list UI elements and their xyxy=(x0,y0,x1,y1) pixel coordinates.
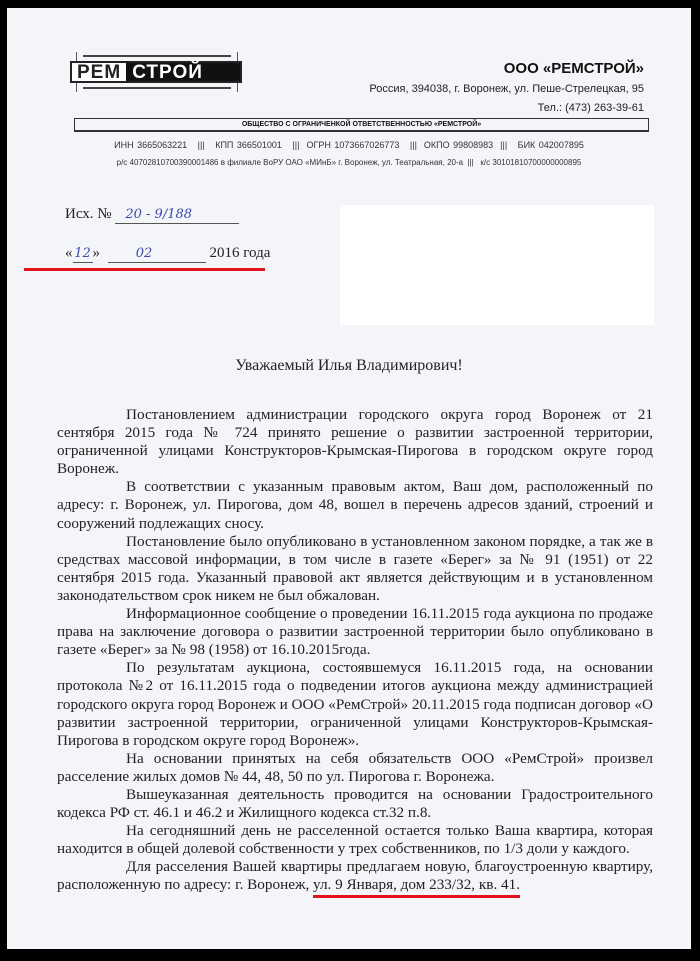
paragraph: В соответствии с указанным правовым акто… xyxy=(57,478,653,532)
date-day-value: 12 xyxy=(74,246,91,261)
date-day-field: 12 xyxy=(73,245,93,263)
outgoing-date: «12» 02 2016 года xyxy=(65,245,270,263)
letter-body: Постановлением администрации городского … xyxy=(57,406,653,895)
outgoing-number-field: 20 - 9/188 xyxy=(115,206,239,224)
logo-text-stroy: СТРОЙ xyxy=(126,63,240,81)
outgoing-number: Исх. № 20 - 9/188 xyxy=(65,206,239,224)
paragraph: По результатам аукциона, состоявшемуся 1… xyxy=(57,659,653,749)
paragraph: На основании принятых на себя обязательс… xyxy=(57,750,653,786)
letter-page: РЕМ СТРОЙ ООО «РЕМСТРОЙ» Россия, 394038,… xyxy=(7,8,691,949)
outgoing-number-value: 20 - 9/188 xyxy=(115,207,192,222)
quote-open: « xyxy=(65,245,73,261)
company-requisites-1: ИНН 3665063221 ||| КПП 366501001 ||| ОГР… xyxy=(7,140,691,150)
logo-text-rem: РЕМ xyxy=(72,63,126,81)
logo-box: РЕМ СТРОЙ xyxy=(70,61,242,83)
company-phone: Тел.: (473) 263-39-61 xyxy=(538,102,644,114)
paragraph: Информационное сообщение о проведении 16… xyxy=(57,605,653,659)
company-name: ООО «РЕМСТРОЙ» xyxy=(504,60,644,77)
date-year: 2016 года xyxy=(210,245,271,261)
paragraph: Постановление было опубликовано в устано… xyxy=(57,533,653,605)
paragraph-offer: Для расселения Вашей квартиры предлагаем… xyxy=(57,858,653,894)
company-logo: РЕМ СТРОЙ xyxy=(70,52,242,92)
quote-close: » xyxy=(93,245,101,261)
company-address: Россия, 394038, г. Воронеж, ул. Пеше-Стр… xyxy=(369,83,644,95)
paragraph: Вышеуказанная деятельность проводится на… xyxy=(57,786,653,822)
redacted-recipient-block xyxy=(340,205,654,325)
company-banner: ОБЩЕСТВО С ОГРАНИЧЕНКОЙ ОТВЕТСТВЕННОСТЬЮ… xyxy=(74,118,649,132)
paragraph: Постановлением администрации городского … xyxy=(57,406,653,478)
company-requisites-2: р/с 40702810700390001486 в филиале ВоРУ … xyxy=(7,158,691,167)
offer-address-highlight: ул. 9 Января, дом 233/32, кв. 41. xyxy=(313,876,520,898)
outgoing-number-label: Исх. № xyxy=(65,206,112,222)
date-highlight-underline xyxy=(24,268,265,271)
date-month-field: 02 xyxy=(108,245,206,263)
paragraph: На сегодняшний день не расселенной остае… xyxy=(57,822,653,858)
greeting: Уважаемый Илья Владимирович! xyxy=(7,357,691,375)
date-month-value: 02 xyxy=(108,246,153,261)
